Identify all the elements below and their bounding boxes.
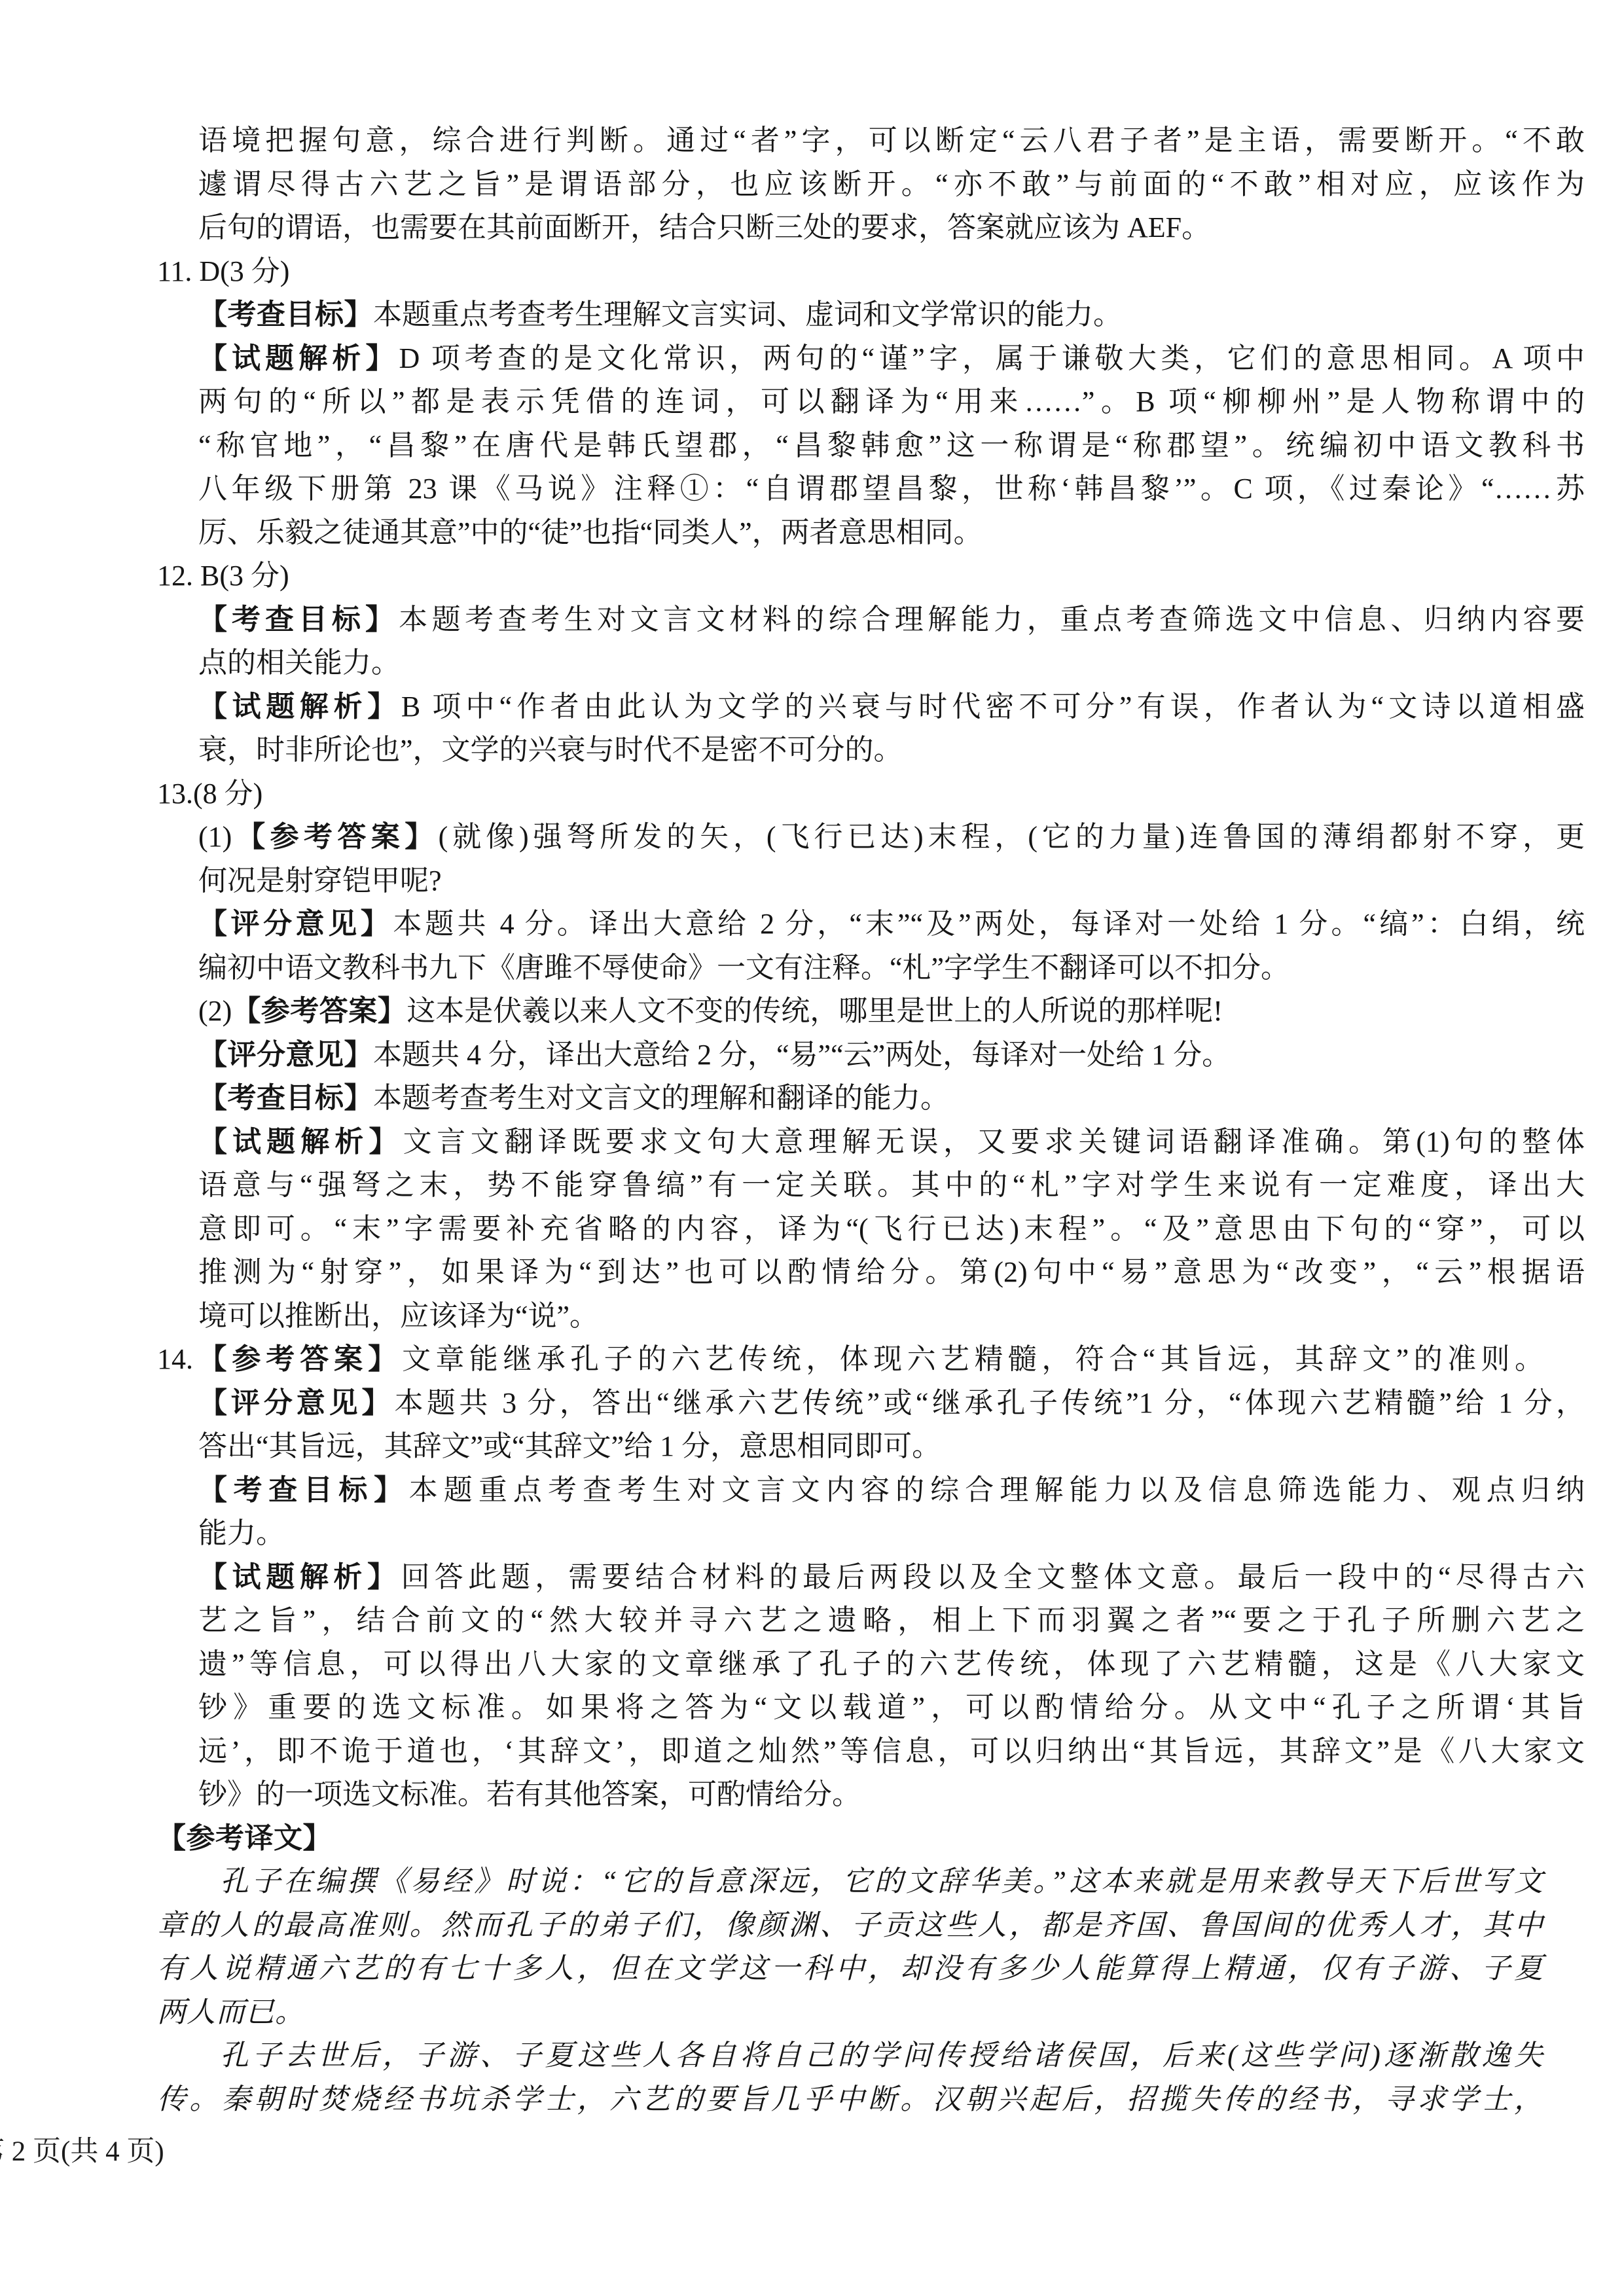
line-text: 本题考查考生对文言文材料的综合理解能力，重点考查筛选文中信息、归纳内容要 — [399, 603, 1585, 636]
text-line: 遗”等信息，可以得出八大家的文章继承了孔子的六艺传统，体现了六艺精髓，这是《八大… — [157, 1643, 1585, 1687]
line-text: 遗”等信息，可以得出八大家的文章继承了孔子的六艺传统，体现了六艺精髓，这是《八大… — [198, 1648, 1585, 1680]
text-line: 推测为“射穿”，如果译为“到达”也可以酌情给分。第(2)句中“易”意思为“改变”… — [157, 1251, 1585, 1295]
line-text: 本题重点考查考生理解文言实词、虚词和文学常识的能力。 — [373, 298, 1122, 331]
text-line: 章的人的最高准则。然而孔子的弟子们，像颜渊、子贡这些人，都是齐国、鲁国间的优秀人… — [157, 1904, 1543, 1948]
text-line: 孔子去世后，子游、子夏这些人各自将自己的学问传授给诸侯国，后来(这些学问)逐渐散… — [157, 2034, 1543, 2078]
text-line: 遽谓尽得古六艺之旨”是谓语部分，也应该断开。“亦不敢”与前面的“不敢”相对应，应… — [157, 163, 1585, 207]
section-label: 【参考答案】 — [193, 1343, 402, 1375]
text-line: (2)【参考答案】这本是伏羲以来人文不变的传统，哪里是世上的人所说的那样呢! — [157, 990, 1585, 1033]
line-text: 钞》重要的选文标准。如果将之答为“文以载道”，可以酌情给分。从文中“孔子之所谓‘… — [198, 1691, 1585, 1723]
section-label: 【参考译文】 — [157, 1822, 332, 1854]
text-line: “称官地”，“昌黎”在唐代是韩氏望郡，“昌黎韩愈”这一称谓是“称郡望”。统编初中… — [157, 424, 1585, 468]
line-text: 回答此题，需要结合材料的最后两段以及全文整体文意。最后一段中的“尽得古六 — [401, 1561, 1585, 1593]
text-line: 【试题解析】文言文翻译既要求文句大意理解无误，又要求关键词语翻译准确。第(1)句… — [157, 1121, 1585, 1164]
text-line: 【试题解析】回答此题，需要结合材料的最后两段以及全文整体文意。最后一段中的“尽得… — [157, 1556, 1585, 1600]
item-number: 12. — [157, 560, 193, 592]
line-text: 两人而已。 — [157, 1996, 304, 2028]
line-text: 这本是伏羲以来人文不变的传统，哪里是世上的人所说的那样呢! — [406, 995, 1223, 1027]
line-text: 境可以推断出，应该译为“说”。 — [198, 1300, 598, 1332]
line-text: 推测为“射穿”，如果译为“到达”也可以酌情给分。第(2)句中“易”意思为“改变”… — [198, 1256, 1585, 1288]
line-text: 厉、乐毅之徒通其意”中的“徒”也指“同类人”，两者意思相同。 — [198, 516, 983, 548]
line-text: 本题共 3 分，答出“继承六艺传统”或“继承孔子传统”1 分，“体现六艺精髓”给… — [394, 1387, 1585, 1419]
text-line: 何况是射穿铠甲呢? — [157, 859, 1585, 903]
line-text: 章的人的最高准则。然而孔子的弟子们，像颜渊、子贡这些人，都是齐国、鲁国间的优秀人… — [157, 1909, 1543, 1941]
line-text: 远’，即不诡于道也，‘其辞文’，即道之灿然”等信息，可以归纳出“其旨远，其辞文”… — [198, 1735, 1585, 1767]
line-text: 编初中语文教科书九下《唐雎不辱使命》一文有注释。“札”字学生不翻译可以不扣分。 — [198, 952, 1290, 984]
section-label: 【考查目标】 — [198, 1474, 409, 1506]
line-text: 八年级下册第 23 课《马说》注释①：“自谓郡望昌黎，世称‘韩昌黎’”。C 项，… — [198, 473, 1585, 505]
text-line: 两人而已。 — [157, 1991, 1543, 2035]
section-label: 【考查目标】 — [198, 1082, 373, 1114]
line-text: 本题重点考查考生对文言文内容的综合理解能力以及信息筛选能力、观点归纳 — [409, 1474, 1585, 1506]
text-line: 【评分意见】本题共 3 分，答出“继承六艺传统”或“继承孔子传统”1 分，“体现… — [157, 1382, 1585, 1426]
line-text: 钞》的一项选文标准。若有其他答案，可酌情给分。 — [198, 1778, 861, 1810]
line-text: 何况是射穿铠甲呢? — [198, 865, 442, 897]
text-line: 【试题解析】D 项考查的是文化常识，两句的“谨”字，属于谦敬大类，它们的意思相同… — [157, 337, 1585, 381]
text-line: (1)【参考答案】(就像)强弩所发的矢，(飞行已达)末程，(它的力量)连鲁国的薄… — [157, 816, 1585, 859]
line-text: B 项中“作者由此认为文学的兴衰与时代密不可分”有误，作者认为“文诗以道相盛 — [401, 691, 1585, 723]
text-line: 两句的“所以”都是表示凭借的连词，可以翻译为“用来……”。B 项“柳柳州”是人物… — [157, 380, 1585, 424]
text-line: 衰，时非所论也”，文学的兴衰与时代不是密不可分的。 — [157, 728, 1585, 772]
line-text: 文言文翻译既要求文句大意理解无误，又要求关键词语翻译准确。第(1)句的整体 — [403, 1126, 1585, 1158]
line-text: 本题考查考生对文言文的理解和翻译的能力。 — [373, 1082, 949, 1114]
section-label: 【试题解析】 — [198, 691, 401, 723]
text-line: 艺之旨”，结合前文的“然大较并寻六艺之遗略，相上下而羽翼之者”“要之于孔子所删六… — [157, 1599, 1585, 1643]
text-line: 12. B(3 分) — [157, 554, 1543, 598]
page-footer: 第 2 页(共 4 页) — [0, 2132, 164, 2172]
line-text: “称官地”，“昌黎”在唐代是韩氏望郡，“昌黎韩愈”这一称谓是“称郡望”。统编初中… — [198, 429, 1585, 461]
text-line: 【考查目标】本题重点考查考生理解文言实词、虚词和文学常识的能力。 — [157, 293, 1585, 337]
text-line: 【考查目标】本题考查考生对文言文的理解和翻译的能力。 — [157, 1077, 1585, 1121]
item-number: 14. — [157, 1343, 193, 1375]
text-line: 八年级下册第 23 课《马说》注释①：“自谓郡望昌黎，世称‘韩昌黎’”。C 项，… — [157, 467, 1585, 511]
section-label: 【评分意见】 — [198, 908, 393, 940]
text-line: 境可以推断出，应该译为“说”。 — [157, 1295, 1585, 1338]
line-text: 遽谓尽得古六艺之旨”是谓语部分，也应该断开。“亦不敢”与前面的“不敢”相对应，应… — [198, 168, 1585, 200]
text-line: 13.(8 分) — [157, 772, 1543, 816]
section-label: 【参考答案】 — [232, 821, 438, 853]
text-line: 编初中语文教科书九下《唐雎不辱使命》一文有注释。“札”字学生不翻译可以不扣分。 — [157, 946, 1585, 990]
section-label: 【参考答案】 — [232, 995, 406, 1027]
item-number: (2) — [198, 995, 232, 1027]
line-text: 两句的“所以”都是表示凭借的连词，可以翻译为“用来……”。B 项“柳柳州”是人物… — [198, 386, 1585, 418]
text-line: 【参考译文】 — [157, 1817, 1543, 1861]
line-text: 答出“其旨远，其辞文”或“其辞文”给 1 分，意思相同即可。 — [198, 1430, 941, 1462]
section-label: 【评分意见】 — [198, 1039, 373, 1071]
line-text: B(3 分) — [193, 560, 289, 592]
text-line: 语意与“强弩之末，势不能穿鲁缟”有一定关联。其中的“札”字对学生来说有一定难度，… — [157, 1164, 1585, 1208]
line-text: 能力。 — [198, 1517, 285, 1549]
section-label: 【评分意见】 — [198, 1387, 394, 1419]
line-text: 本题共 4 分，译出大意给 2 分，“易”“云”两处，每译对一处给 1 分。 — [373, 1039, 1231, 1071]
text-line: 有人说精通六艺的有七十多人，但在文学这一科中，却没有多少人能算得上精通，仅有子游… — [157, 1947, 1543, 1991]
line-text: (就像)强弩所发的矢，(飞行已达)末程，(它的力量)连鲁国的薄绢都射不穿，更 — [439, 821, 1585, 853]
line-text: (8 分) — [193, 778, 262, 810]
line-text: 孔子去世后，子游、子夏这些人各自将自己的学问传授给诸侯国，后来(这些学问)逐渐散… — [220, 2039, 1543, 2072]
section-label: 【试题解析】 — [198, 342, 399, 374]
text-line: 意即可。“末”字需要补充省略的内容，译为“(飞行已达)末程”。“及”意思由下句的… — [157, 1208, 1585, 1251]
text-line: 后句的谓语，也需要在其前面断开，结合只断三处的要求，答案就应该为 AEF。 — [157, 206, 1585, 250]
item-number: 13. — [157, 778, 193, 810]
text-line: 钞》的一项选文标准。若有其他答案，可酌情给分。 — [157, 1773, 1585, 1817]
section-label: 【考查目标】 — [198, 603, 399, 636]
text-line: 【评分意见】本题共 4 分，译出大意给 2 分，“易”“云”两处，每译对一处给 … — [157, 1033, 1585, 1077]
text-line: 【考查目标】本题重点考查考生对文言文内容的综合理解能力以及信息筛选能力、观点归纳 — [157, 1469, 1585, 1513]
section-label: 【考查目标】 — [198, 298, 373, 331]
line-text: D 项考查的是文化常识，两句的“谨”字，属于谦敬大类，它们的意思相同。A 项中 — [399, 342, 1585, 374]
line-text: 艺之旨”，结合前文的“然大较并寻六艺之遗略，相上下而羽翼之者”“要之于孔子所删六… — [198, 1604, 1585, 1636]
text-line: 能力。 — [157, 1512, 1585, 1556]
text-line: 11. D(3 分) — [157, 250, 1543, 294]
text-line: 厉、乐毅之徒通其意”中的“徒”也指“同类人”，两者意思相同。 — [157, 511, 1585, 555]
line-text: 意即可。“末”字需要补充省略的内容，译为“(飞行已达)末程”。“及”意思由下句的… — [198, 1213, 1585, 1245]
line-text: D(3 分) — [192, 255, 289, 287]
text-line: 远’，即不诡于道也，‘其辞文’，即道之灿然”等信息，可以归纳出“其旨远，其辞文”… — [157, 1730, 1585, 1774]
text-line: 【考查目标】本题考查考生对文言文材料的综合理解能力，重点考查筛选文中信息、归纳内… — [157, 598, 1585, 642]
line-text: 传。秦朝时焚烧经书坑杀学士，六艺的要旨几乎中断。汉朝兴起后，招揽失传的经书，寻求… — [157, 2083, 1543, 2115]
text-line: 点的相关能力。 — [157, 641, 1585, 685]
line-text: 语意与“强弩之末，势不能穿鲁缟”有一定关联。其中的“札”字对学生来说有一定难度，… — [198, 1169, 1585, 1201]
text-line: 答出“其旨远，其辞文”或“其辞文”给 1 分，意思相同即可。 — [157, 1425, 1585, 1469]
line-text: 有人说精通六艺的有七十多人，但在文学这一科中，却没有多少人能算得上精通，仅有子游… — [157, 1952, 1543, 1984]
section-label: 【试题解析】 — [198, 1126, 403, 1158]
line-text: 本题共 4 分。译出大意给 2 分，“末”“及”两处，每译对一处给 1 分。“缟… — [393, 908, 1585, 940]
text-line: 14.【参考答案】文章能继承孔子的六艺传统，体现六艺精髓，符合“其旨远，其辞文”… — [157, 1338, 1543, 1382]
text-line: 孔子在编撰《易经》时说：“它的旨意深远，它的文辞华美。”这本来就是用来教导天下后… — [157, 1860, 1543, 1904]
line-text: 语境把握句意，综合进行判断。通过“者”字，可以断定“云八君子者”是主语，需要断开… — [198, 124, 1585, 156]
line-text: 文章能继承孔子的六艺传统，体现六艺精髓，符合“其旨远，其辞文”的准则。 — [402, 1343, 1543, 1375]
text-line: 【试题解析】B 项中“作者由此认为文学的兴衰与时代密不可分”有误，作者认为“文诗… — [157, 685, 1585, 729]
item-number: 11. — [157, 255, 192, 287]
line-text: 点的相关能力。 — [198, 647, 400, 679]
text-line: 【评分意见】本题共 4 分。译出大意给 2 分，“末”“及”两处，每译对一处给 … — [157, 903, 1585, 946]
text-line: 传。秦朝时焚烧经书坑杀学士，六艺的要旨几乎中断。汉朝兴起后，招揽失传的经书，寻求… — [157, 2078, 1543, 2122]
text-line: 钞》重要的选文标准。如果将之答为“文以载道”，可以酌情给分。从文中“孔子之所谓‘… — [157, 1686, 1585, 1730]
line-text: 孔子在编撰《易经》时说：“它的旨意深远，它的文辞华美。”这本来就是用来教导天下后… — [220, 1865, 1543, 1897]
item-number: (1) — [198, 821, 232, 853]
line-text: 衰，时非所论也”，文学的兴衰与时代不是密不可分的。 — [198, 734, 903, 766]
document-body: 语境把握句意，综合进行判断。通过“者”字，可以断定“云八君子者”是主语，需要断开… — [157, 119, 1543, 2121]
section-label: 【试题解析】 — [198, 1561, 401, 1593]
text-line: 语境把握句意，综合进行判断。通过“者”字，可以断定“云八君子者”是主语，需要断开… — [157, 119, 1585, 163]
line-text: 后句的谓语，也需要在其前面断开，结合只断三处的要求，答案就应该为 AEF。 — [198, 211, 1210, 243]
